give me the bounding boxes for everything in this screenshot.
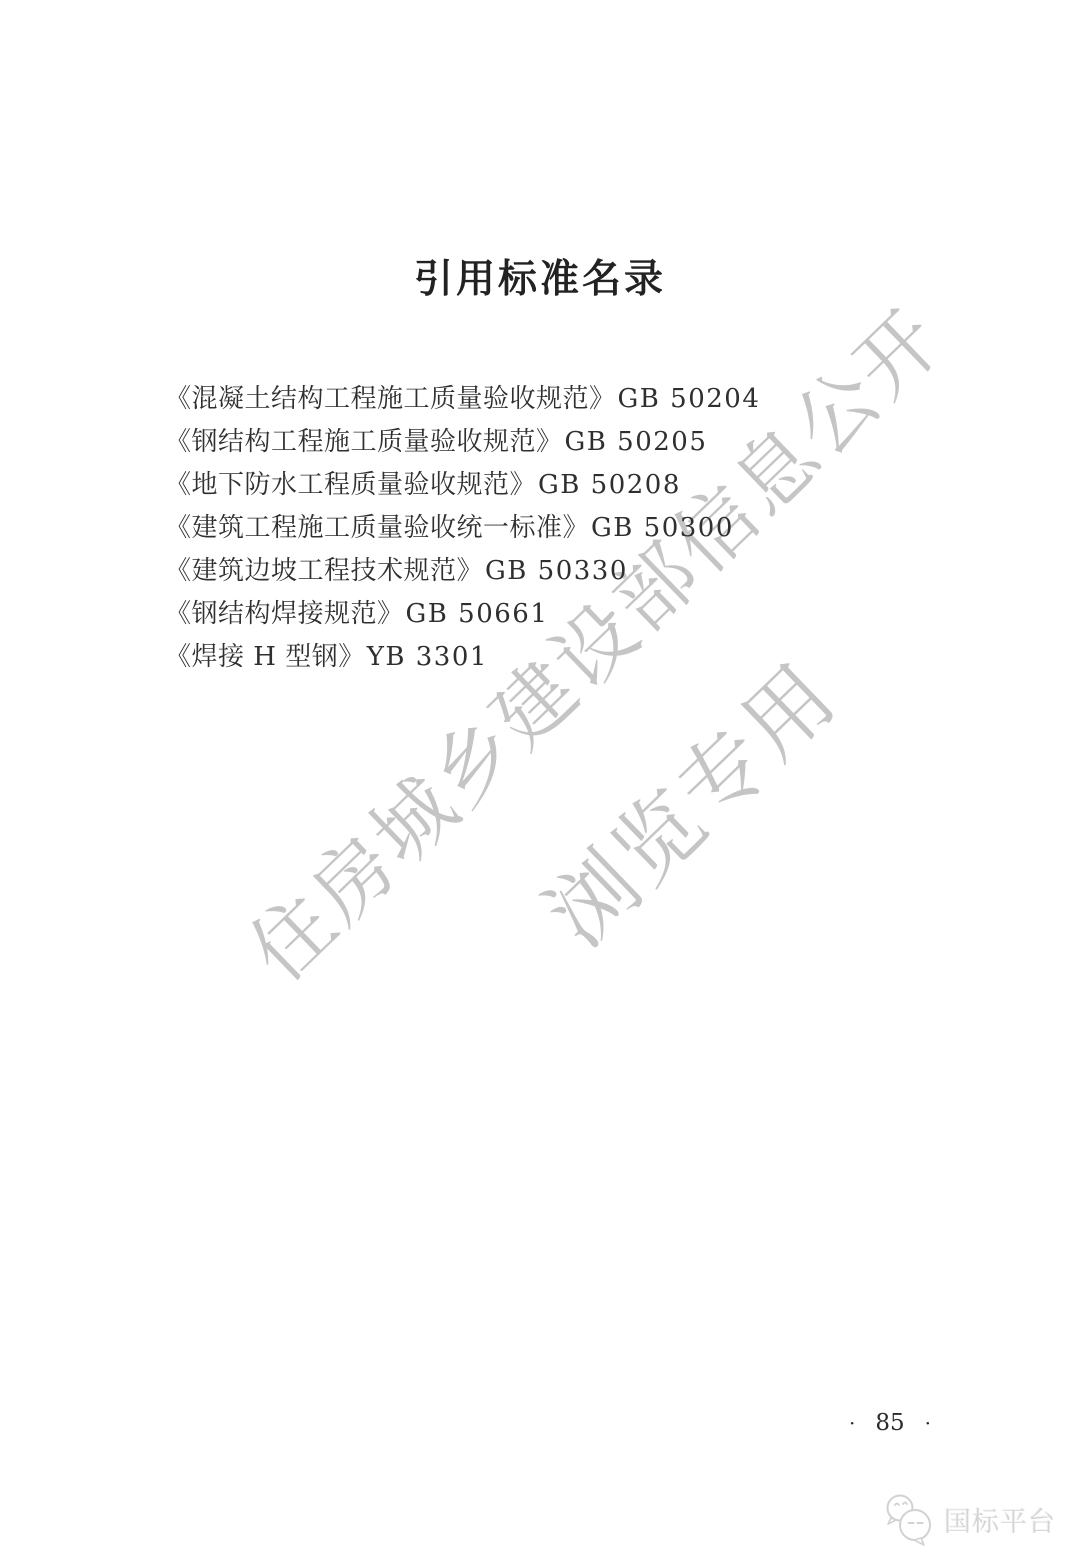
document-page: 住房城乡建设部信息公开 浏览专用 引用标准名录 《混凝土结构工程施工质量验收规范… — [0, 0, 1080, 1566]
standard-code: GB 50300 — [591, 513, 734, 543]
footer-brand-label: 国标平台 — [944, 1500, 1056, 1539]
page-number-value: 85 — [875, 1410, 904, 1436]
standard-name: 《钢结构焊接规范》 — [165, 599, 404, 629]
page-number-right-dot: · — [925, 1411, 931, 1435]
standard-name: 《建筑边坡工程技术规范》 — [165, 556, 483, 586]
standard-item: 《建筑工程施工质量验收统一标准》GB 50300 — [165, 507, 760, 550]
standard-name: 《建筑工程施工质量验收统一标准》 — [165, 513, 589, 543]
standard-item: 《钢结构焊接规范》GB 50661 — [165, 593, 760, 636]
standard-code: YB 3301 — [367, 642, 488, 672]
referenced-standards-list: 《混凝土结构工程施工质量验收规范》GB 50204 《钢结构工程施工质量验收规范… — [165, 378, 760, 679]
standard-name: 《钢结构工程施工质量验收规范》 — [165, 427, 563, 457]
standard-code: GB 50204 — [618, 384, 761, 414]
standard-name: 《地下防水工程质量验收规范》 — [165, 470, 536, 500]
footer-brand: 国标平台 — [883, 1492, 1056, 1546]
standard-item: 《焊接 H 型钢》YB 3301 — [165, 636, 760, 679]
standard-item: 《钢结构工程施工质量验收规范》GB 50205 — [165, 421, 760, 464]
standard-code: GB 50330 — [485, 556, 628, 586]
standard-item: 《地下防水工程质量验收规范》GB 50208 — [165, 464, 760, 507]
page-number-left-dot: · — [849, 1411, 855, 1435]
standard-item: 《混凝土结构工程施工质量验收规范》GB 50204 — [165, 378, 760, 421]
standard-code: GB 50205 — [565, 427, 708, 457]
chat-bubbles-icon — [883, 1492, 935, 1546]
standard-name: 《混凝土结构工程施工质量验收规范》 — [165, 384, 616, 414]
standard-code: GB 50208 — [538, 470, 681, 500]
page-number: · 85 · — [828, 1410, 952, 1436]
standard-name: 《焊接 H 型钢》 — [165, 642, 365, 672]
page-title: 引用标准名录 — [0, 248, 1080, 304]
standard-item: 《建筑边坡工程技术规范》GB 50330 — [165, 550, 760, 593]
standard-code: GB 50661 — [406, 599, 549, 629]
